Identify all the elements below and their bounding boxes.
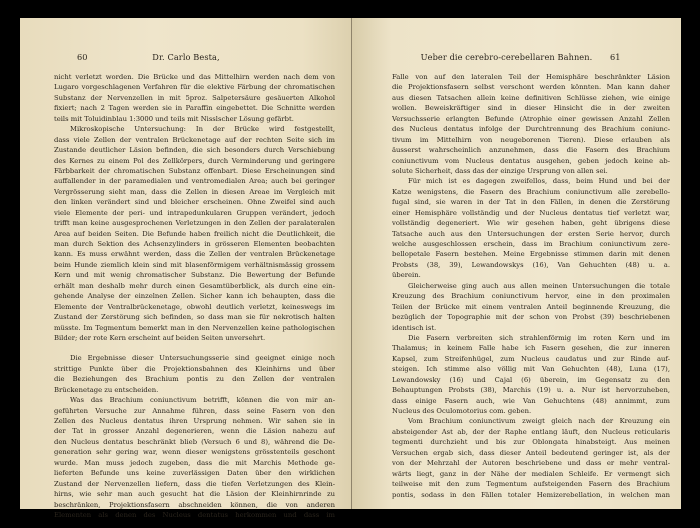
text-line: strittige Punkte über die Projektionsbah… (54, 364, 335, 374)
text-line: Nucleus des Oculomotorius com. geben. (392, 406, 670, 416)
text-line: Teilen der Brücke mit einem ventralen An… (392, 302, 670, 312)
text-line: Tatsache auch aus den Untersuchungen der… (392, 229, 670, 239)
text-line: Was das Brachium coniunctivum betrifft, … (54, 395, 335, 405)
text-line: dass viele Zellen der ventralen Brückene… (54, 135, 335, 145)
text-line: wärts liegt, ganz in der Nähe der medial… (392, 469, 670, 479)
text-line: steigen. Ich stimme also völlig mit Van … (392, 364, 670, 374)
text-line: Kreuzung des Brachium coniunctivum hervo… (392, 291, 670, 301)
text-line: Zustand der Nervenzellen liefern, dass d… (54, 479, 335, 489)
running-head: Ueber die cerebro-cerebellaren Bahnen. (342, 52, 671, 62)
text-line: generation sehr gering war, wenn dieser … (54, 447, 335, 457)
text-line: der Tat in grosser Anzahl degenerieren, … (54, 426, 335, 436)
text-line: erhält man deshalb mehr durch einen Gesa… (54, 281, 335, 291)
text-line: Kapsel, zum Streifenhügel, zum Nucleus c… (392, 354, 670, 364)
text-line: Behauptungen Probsts (38), Marchis (19) … (392, 385, 670, 395)
text-line: tegmenti durchzieht und bis zur Oblongat… (392, 437, 670, 447)
text-line: Zustand der Zerstörung sich befinden, so… (54, 312, 335, 322)
text-line: den linken verändert sind und bleicher e… (54, 197, 335, 207)
text-line: viele Elemente der peri- und intrapedunk… (54, 208, 335, 218)
text-line: fixiert; nach 2 Tagen werden sie in Para… (54, 103, 335, 113)
text-line: Versuchen ergab sich, dass dieser Anteil… (392, 448, 670, 458)
text-line: des Nucleus dentatus infolge der Durchtr… (392, 124, 670, 134)
page-number: 61 (610, 52, 621, 62)
text-line: absteigender Ast ab, der der Raphe entla… (392, 427, 670, 437)
text-line: Zustande deutlicher Läsion befinden, die… (54, 145, 335, 155)
text-line: Substanz der Nervenzellen in mit 5proz. … (54, 93, 335, 103)
text-line: Brückenetage zu entscheiden. (54, 385, 335, 395)
text-line: Elementen als denen des Nucleus dentatus… (54, 510, 335, 520)
text-line: bellopetale Fasern bestehen. Meine Ergeb… (392, 249, 670, 259)
text-line: welche ausgeschlossen erschein, dass im … (392, 239, 670, 249)
text-line: lieferten Befunde uns keine zuverlässige… (54, 468, 335, 478)
text-line: Färbbarkeit der chromatischen Substanz o… (54, 166, 335, 176)
text-line: geführten Versuche zur Annahme führen, d… (54, 406, 335, 416)
text-line: Katze wenigstens, die Fasern des Brachiu… (392, 187, 670, 197)
text-line: dass einige Fasern auch, wie Van Gehucht… (392, 396, 670, 406)
text-line: fugal sind, sie waren in der Tat in den … (392, 197, 670, 207)
text-line: solute Sicherheit, dass das der einzige … (392, 166, 670, 176)
text-line: äusserst wahrscheinlich anzunehmen, dass… (392, 145, 670, 155)
text-line: tivum im Mittelhirn von neugeborenen Tie… (392, 135, 670, 145)
text-line: Gleicherweise ging auch aus allen meinen… (392, 281, 670, 291)
text-line: coniunctivum vom Nucleus dentatus ausgeh… (392, 156, 670, 166)
text-line: pontis, sodass in den Fällen totaler Hem… (392, 490, 670, 500)
text-line: Thalamus; in keinem Falle habe ich Faser… (392, 343, 670, 353)
text-line: Lewandowsky (16) und Cajal (6) überein, … (392, 375, 670, 385)
text-line: teils mit Toluidinblau 1:3000 und teils … (54, 114, 335, 124)
text-line: Versuchsserie erlangten Befunde (Atrophi… (392, 114, 670, 124)
text-line: gehende Analyse der einzelnen Zellen. Si… (54, 291, 335, 301)
text-line: einer Hemisphäre vollständig und der Nuc… (392, 208, 670, 218)
text-line: hirns, wie sehr man auch gesucht hat die… (54, 489, 335, 499)
text-line: teilweise mit den zum Tegmentum aufsteig… (392, 479, 670, 489)
text-line: nicht verletzt worden. Die Brücke und da… (54, 72, 335, 82)
text-line: wurde. Man muss jedoch zugeben, dass die… (54, 458, 335, 468)
text-line: Die Ergebnisse dieser Untersuchungsserie… (54, 353, 335, 363)
text-line: man durch Sektion des Achsenzylinders in… (54, 239, 335, 249)
text-line: auffallender in der paramedialen und ven… (54, 176, 335, 186)
text-line: Area auf beiden Seiten. Die Befunde habe… (54, 229, 335, 239)
text-line: Mikroskopische Untersuchung: In der Brüc… (54, 124, 335, 134)
text-line: müsste. Im Tegmentum bemerkt man in den … (54, 323, 335, 333)
text-line: identisch ist. (392, 323, 670, 333)
text-line: aus diesen Tatsachen allein keine defini… (392, 93, 670, 103)
text-line: bezüglich der Topographie mit der schon … (392, 312, 670, 322)
text-line: die Projektionsfasern selbst verschont w… (392, 82, 670, 92)
text-line: Falle von auf den lateralen Teil der Hem… (392, 72, 670, 82)
text-line: Probsts (38, 39), Lewandowskys (16), Van… (392, 260, 670, 270)
text-line: von der Mehrzahl der Autoren beschrieben… (392, 458, 670, 468)
text-line: Für mich ist es dagegen zweifellos, dass… (392, 176, 670, 186)
text-line: Die Fasern verbreiten sich strahlenförmi… (392, 333, 670, 343)
text-line: überein. (392, 270, 670, 280)
right-page: Ueber die cerebro-cerebellaren Bahnen. 6… (352, 18, 681, 509)
left-page: 60 Dr. Carlo Besta, nicht verletzt worde… (20, 18, 352, 509)
text-line: Lugaro vorgeschlagenen Verfahren für die… (54, 82, 335, 92)
running-head: Dr. Carlo Besta, (20, 52, 352, 62)
text-line: Zellen des Nucleus dentatus ihren Urspru… (54, 416, 335, 426)
text-line: kann. Es muss erwähnt werden, dass die Z… (54, 249, 335, 259)
text-line: Bilder; der rote Kern erscheint auf beid… (54, 333, 335, 343)
text-line: beim Hunde ziemlich klein sind mit blase… (54, 260, 335, 270)
text-line: des Kernes zu einem Pol des Zellkörpers,… (54, 156, 335, 166)
text-line: Vergrösserung sieht man, dass die Zellen… (54, 187, 335, 197)
text-line: Vom Brachium coniunctivum zweigt gleich … (392, 416, 670, 426)
text-line: vollständig degeneriert. Wie wir gesehen… (392, 218, 670, 228)
text-line: Elemente der Ventralbrückenetage, obwohl… (54, 302, 335, 312)
text-line: trifft man keine ausgesprochenen Verletz… (54, 218, 335, 228)
text-line: wollen. Beweiskräftiger sind in dieser H… (392, 103, 670, 113)
text-line: Kern und mit wenig chromatischer Substan… (54, 270, 335, 280)
text-line: beschränken, Projektionsfasern abschneid… (54, 500, 335, 510)
text-line: den Nucleus dentatus beschränkt blieb (V… (54, 437, 335, 447)
text-line: die Beziehungen des Brachium pontis zu d… (54, 374, 335, 384)
page-body: nicht verletzt worden. Die Brücke und da… (54, 72, 335, 520)
page-body: Falle von auf den lateralen Teil der Hem… (392, 72, 670, 500)
paragraph-gap (54, 343, 335, 353)
